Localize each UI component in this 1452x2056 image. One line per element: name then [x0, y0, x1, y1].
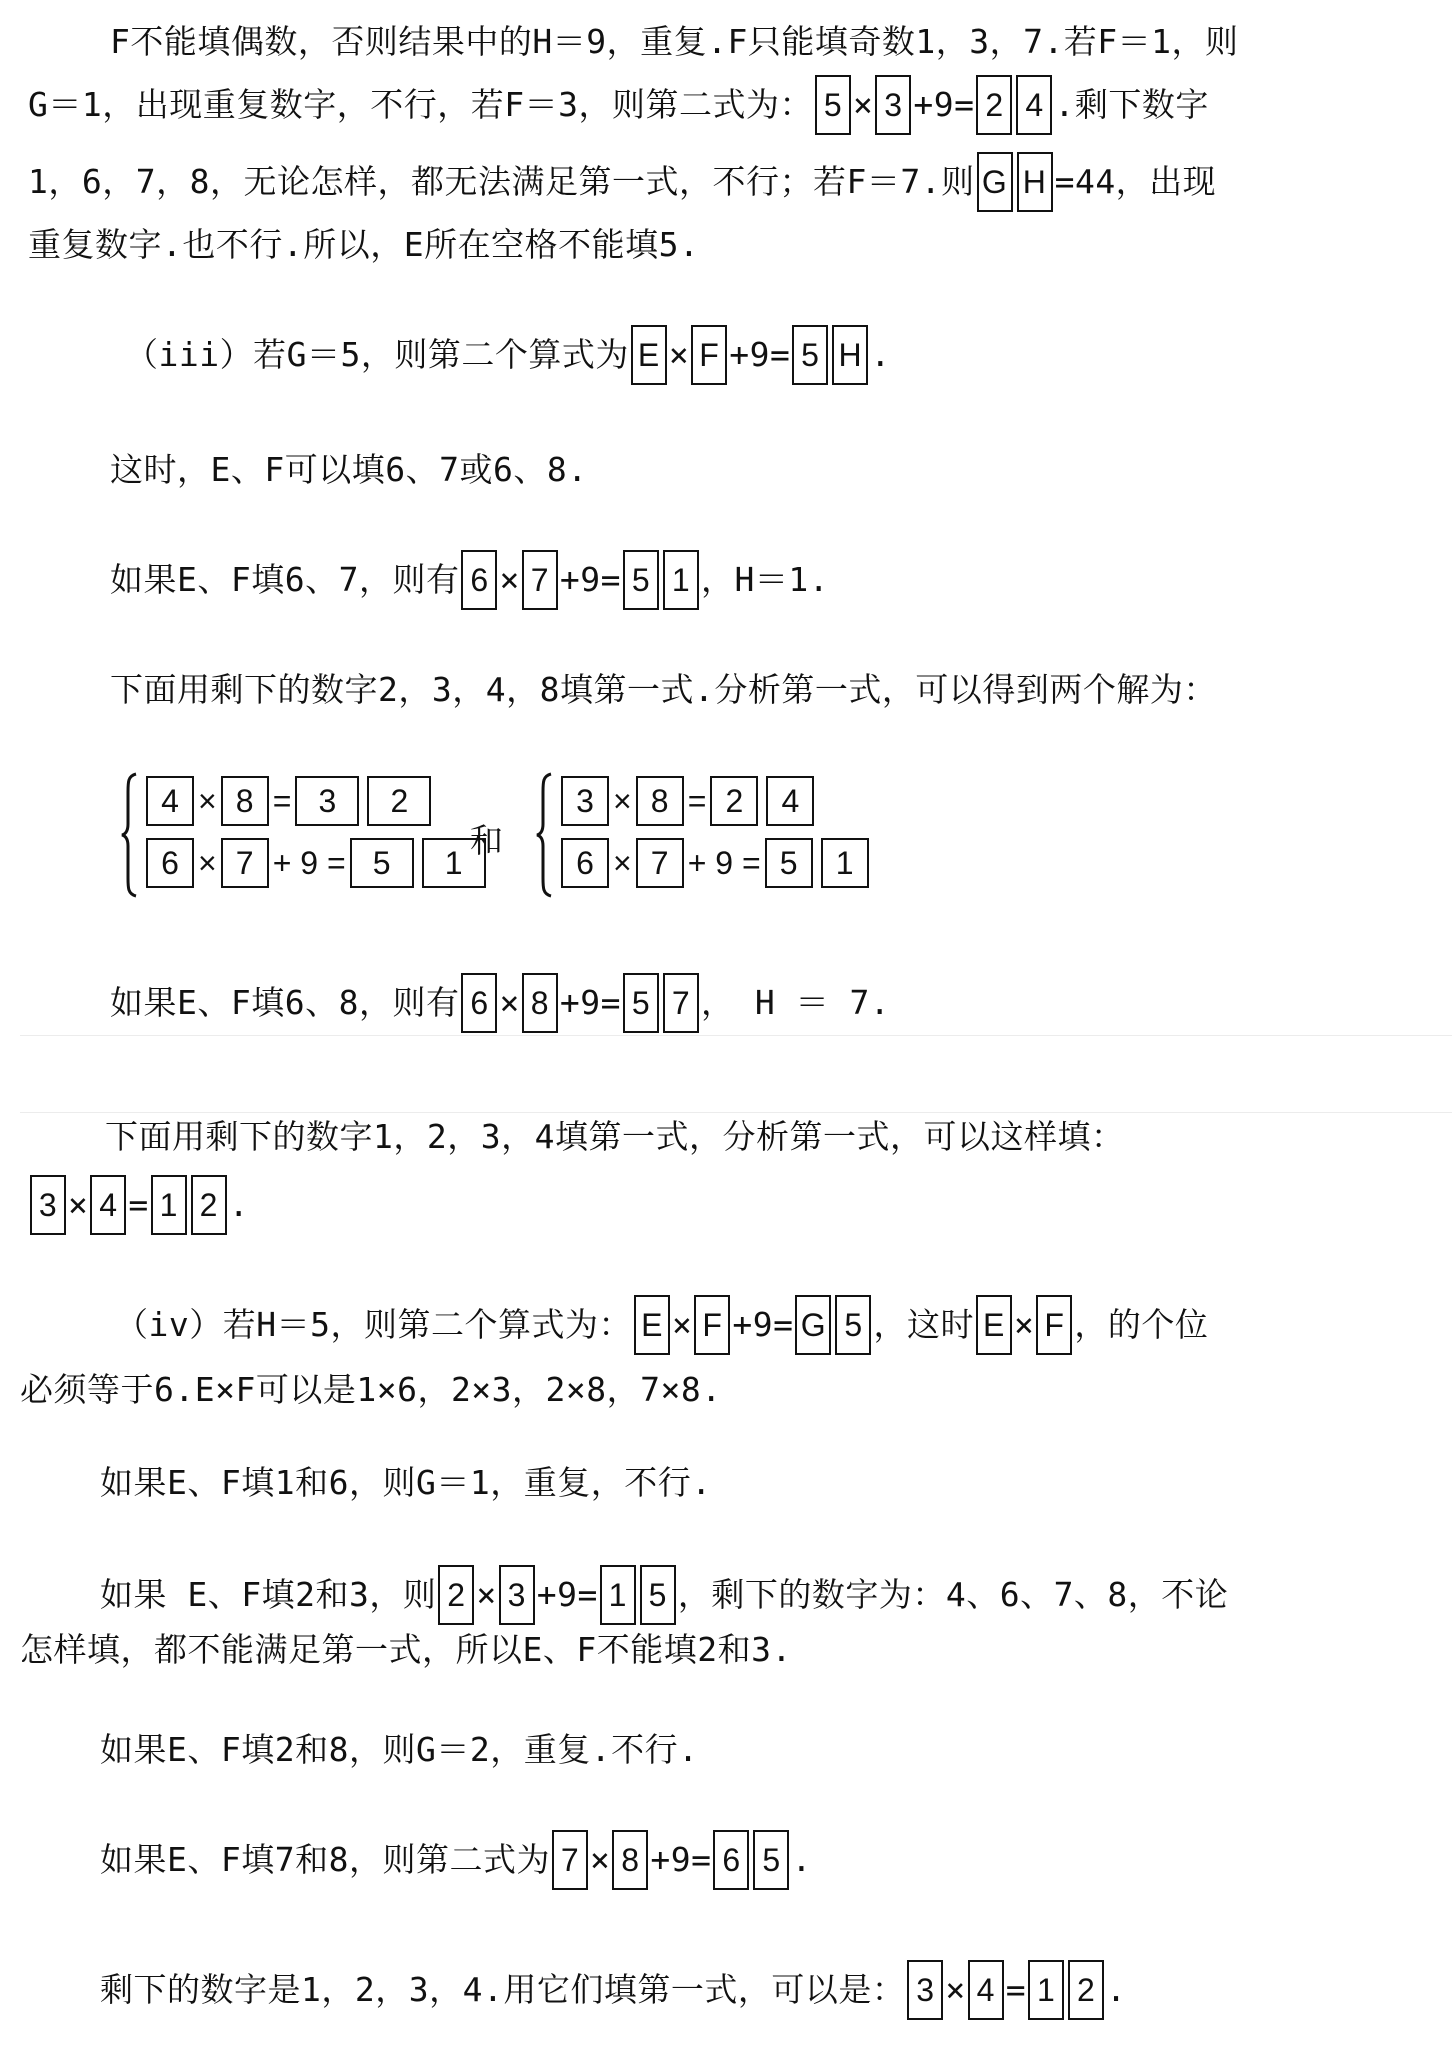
- answer-box: 4: [90, 1175, 126, 1235]
- answer-box: 3: [30, 1175, 66, 1235]
- answer-box: 1: [663, 550, 699, 610]
- answer-box: 1: [151, 1175, 187, 1235]
- equation-row: 4×8=32: [142, 776, 435, 826]
- text-segment: +9=: [913, 75, 974, 135]
- text-segment: 下面用剩下的数字2，3，4，8填第一式.分析第一式，可以得到两个解为：: [110, 660, 1217, 720]
- text-segment: =: [1006, 1960, 1026, 2020]
- text-segment: +9=: [560, 550, 621, 610]
- paragraph-line-p8-l2: 必须等于6.E×F可以是1×6，2×3，2×8，7×8.: [20, 1360, 722, 1420]
- text-segment: ×: [672, 1295, 692, 1355]
- answer-box: H: [1017, 152, 1053, 212]
- answer-box: 3: [875, 75, 911, 135]
- answer-box: 2: [438, 1565, 474, 1625]
- answer-box: G: [977, 152, 1013, 212]
- paragraph-line-p7-l2: 3×4=12.: [28, 1175, 249, 1235]
- text-segment: ×: [476, 1565, 496, 1625]
- answer-box: 2: [710, 776, 758, 826]
- text-segment: 剩下的数字是1，2，3，4.用它们填第一式，可以是：: [100, 1960, 905, 2020]
- text-segment: 怎样填，都不能满足第一式，所以E、F不能填2和3.: [20, 1620, 792, 1680]
- text-segment: .: [229, 1175, 249, 1235]
- answer-box: H: [832, 325, 868, 385]
- answer-box: 8: [522, 973, 558, 1033]
- answer-box: 8: [612, 1830, 648, 1890]
- text-segment: 如果E、F填1和6，则G＝1，重复，不行.: [100, 1453, 712, 1513]
- text-segment: .剩下数字: [1054, 75, 1208, 135]
- text-segment: +9=: [650, 1830, 711, 1890]
- text-segment: ×: [499, 550, 519, 610]
- answer-box: E: [634, 1295, 670, 1355]
- answer-box: F: [694, 1295, 730, 1355]
- answer-box: 6: [461, 550, 497, 610]
- answer-box: E: [631, 325, 667, 385]
- answer-box: 2: [367, 776, 431, 826]
- paragraph-line-p8-l1: （iv）若H＝5，则第二个算式为：E×F+9=G5，这时E×F，的个位: [115, 1295, 1208, 1355]
- text-segment: G＝1，出现重复数字，不行，若F＝3，则第二式为：: [28, 75, 813, 135]
- answer-box: 7: [663, 973, 699, 1033]
- paragraph-line-p12: 如果E、F填7和8，则第二式为7×8+9=65.: [100, 1830, 812, 1890]
- equation-system-2: 3×8=246×7+ 9 =51: [535, 772, 875, 902]
- text-segment: ×: [68, 1175, 88, 1235]
- text-segment: 如果E、F填6、7，则有: [110, 550, 459, 610]
- answer-box: 3: [295, 776, 359, 826]
- paragraph-line-p1-l3: 1，6，7，8，无论怎样，都无法满足第一式，不行；若F＝7.则GH=44，出现: [28, 152, 1216, 212]
- answer-box: 4: [766, 776, 814, 826]
- answer-box: 6: [713, 1830, 749, 1890]
- divider: [20, 1112, 1452, 1113]
- paragraph-line-p1-l4: 重复数字.也不行.所以，E所在空格不能填5.: [28, 215, 699, 275]
- answer-box: 1: [821, 838, 869, 888]
- answer-box: 5: [792, 325, 828, 385]
- answer-box: 1: [1028, 1960, 1064, 2020]
- text-segment: ，H＝1.: [701, 550, 829, 610]
- answer-box: 7: [522, 550, 558, 610]
- paragraph-line-p6: 如果E、F填6、8，则有6×8+9=57， H ＝ 7.: [110, 973, 890, 1033]
- answer-box: 3: [561, 776, 609, 826]
- paragraph-line-p9: 如果E、F填1和6，则G＝1，重复，不行.: [100, 1453, 712, 1513]
- answer-box: 5: [640, 1565, 676, 1625]
- text-segment: + 9 =: [273, 845, 346, 882]
- answer-box: F: [691, 325, 727, 385]
- answer-box: 3: [907, 1960, 943, 2020]
- answer-box: 5: [350, 838, 414, 888]
- text-segment: =: [273, 783, 292, 820]
- text-segment: ，的个位: [1074, 1295, 1208, 1355]
- text-segment: ×: [613, 845, 632, 882]
- text-segment: ×: [1014, 1295, 1034, 1355]
- text-segment: ×: [499, 973, 519, 1033]
- paragraph-line-p5: 下面用剩下的数字2，3，4，8填第一式.分析第一式，可以得到两个解为：: [110, 660, 1217, 720]
- answer-box: 6: [461, 973, 497, 1033]
- paragraph-line-p13: 剩下的数字是1，2，3，4.用它们填第一式，可以是：3×4=12.: [100, 1960, 1126, 2020]
- text-segment: 如果E、F填7和8，则第二式为: [100, 1830, 550, 1890]
- text-segment: 如果E、F填6、8，则有: [110, 973, 459, 1033]
- paragraph-line-p10-l2: 怎样填，都不能满足第一式，所以E、F不能填2和3.: [20, 1620, 792, 1680]
- text-segment: ×: [590, 1830, 610, 1890]
- text-segment: ，剩下的数字为：4、6、7、8，不论: [678, 1565, 1228, 1625]
- answer-box: F: [1036, 1295, 1072, 1355]
- paragraph-line-p2: （iii）若G＝5，则第二个算式为E×F+9=5H.: [125, 325, 891, 385]
- answer-box: 3: [499, 1565, 535, 1625]
- answer-box: 5: [835, 1295, 871, 1355]
- equation-system-1: 4×8=326×7+ 9 =51: [120, 772, 460, 902]
- equation-row: 6×7+ 9 =51: [557, 838, 873, 888]
- text-segment: 必须等于6.E×F可以是1×6，2×3，2×8，7×8.: [20, 1360, 722, 1420]
- answer-box: 6: [561, 838, 609, 888]
- text-segment: ×: [945, 1960, 965, 2020]
- text-segment: .: [870, 325, 890, 385]
- text-segment: ×: [613, 783, 632, 820]
- text-segment: ×: [198, 783, 217, 820]
- text-segment: 如果 E、F填2和3，则: [100, 1565, 436, 1625]
- text-segment: （iv）若H＝5，则第二个算式为：: [115, 1295, 632, 1355]
- left-brace-icon: [120, 772, 140, 898]
- paragraph-line-p1-l2: G＝1，出现重复数字，不行，若F＝3，则第二式为：5×3+9=24.剩下数字: [28, 75, 1209, 135]
- paragraph-line-p4: 如果E、F填6、7，则有6×7+9=51，H＝1.: [110, 550, 829, 610]
- answer-box: 4: [1016, 75, 1052, 135]
- answer-box: 4: [968, 1960, 1004, 2020]
- left-brace-icon: [535, 772, 555, 898]
- text-segment: F不能填偶数，否则结果中的H＝9，重复.F只能填奇数1，3，7.若F＝1，则: [110, 12, 1239, 72]
- text-segment: +9=: [732, 1295, 793, 1355]
- answer-box: 7: [636, 838, 684, 888]
- answer-box: 4: [146, 776, 194, 826]
- answer-box: 7: [221, 838, 269, 888]
- answer-box: 8: [221, 776, 269, 826]
- paragraph-line-p11: 如果E、F填2和8，则G＝2，重复.不行.: [100, 1720, 698, 1780]
- text-segment: +9=: [729, 325, 790, 385]
- text-segment: + 9 =: [688, 845, 761, 882]
- answer-box: 7: [552, 1830, 588, 1890]
- and-label: 和: [470, 815, 503, 862]
- text-segment: 重复数字.也不行.所以，E所在空格不能填5.: [28, 215, 699, 275]
- text-segment: +9=: [560, 973, 621, 1033]
- answer-box: G: [795, 1295, 831, 1355]
- equation-row: 6×7+ 9 =51: [142, 838, 490, 888]
- text-segment: ×: [669, 325, 689, 385]
- text-segment: 如果E、F填2和8，则G＝2，重复.不行.: [100, 1720, 698, 1780]
- text-segment: 1，6，7，8，无论怎样，都无法满足第一式，不行；若F＝7.则: [28, 152, 975, 212]
- answer-box: E: [976, 1295, 1012, 1355]
- answer-box: 5: [815, 75, 851, 135]
- paragraph-line-p10-l1: 如果 E、F填2和3，则2×3+9=15，剩下的数字为：4、6、7、8，不论: [100, 1565, 1228, 1625]
- answer-box: 5: [623, 550, 659, 610]
- text-segment: +9=: [537, 1565, 598, 1625]
- text-segment: ×: [853, 75, 873, 135]
- text-segment: =: [128, 1175, 148, 1235]
- answer-box: 2: [1068, 1960, 1104, 2020]
- text-segment: =: [688, 783, 707, 820]
- text-segment: ， H ＝ 7.: [701, 973, 890, 1033]
- answer-box: 2: [191, 1175, 227, 1235]
- text-segment: .: [791, 1830, 811, 1890]
- equation-row: 3×8=24: [557, 776, 818, 826]
- text-segment: .: [1106, 1960, 1126, 2020]
- text-segment: =44，出现: [1055, 152, 1217, 212]
- answer-box: 2: [976, 75, 1012, 135]
- paragraph-line-p1-l1: F不能填偶数，否则结果中的H＝9，重复.F只能填奇数1，3，7.若F＝1，则: [110, 12, 1239, 72]
- text-segment: 这时，E、F可以填6、7或6、8.: [110, 440, 588, 500]
- answer-box: 6: [146, 838, 194, 888]
- answer-box: 5: [623, 973, 659, 1033]
- text-segment: 下面用剩下的数字1，2，3，4填第一式，分析第一式，可以这样填：: [105, 1107, 1124, 1167]
- answer-box: 1: [600, 1565, 636, 1625]
- answer-box: 8: [636, 776, 684, 826]
- answer-box: 5: [753, 1830, 789, 1890]
- paragraph-line-p3: 这时，E、F可以填6、7或6、8.: [110, 440, 588, 500]
- paragraph-line-p7-l1: 下面用剩下的数字1，2，3，4填第一式，分析第一式，可以这样填：: [105, 1107, 1124, 1167]
- text-segment: （iii）若G＝5，则第二个算式为: [125, 325, 629, 385]
- divider: [20, 1035, 1452, 1036]
- answer-box: 5: [765, 838, 813, 888]
- text-segment: ×: [198, 845, 217, 882]
- text-segment: ，这时: [873, 1295, 974, 1355]
